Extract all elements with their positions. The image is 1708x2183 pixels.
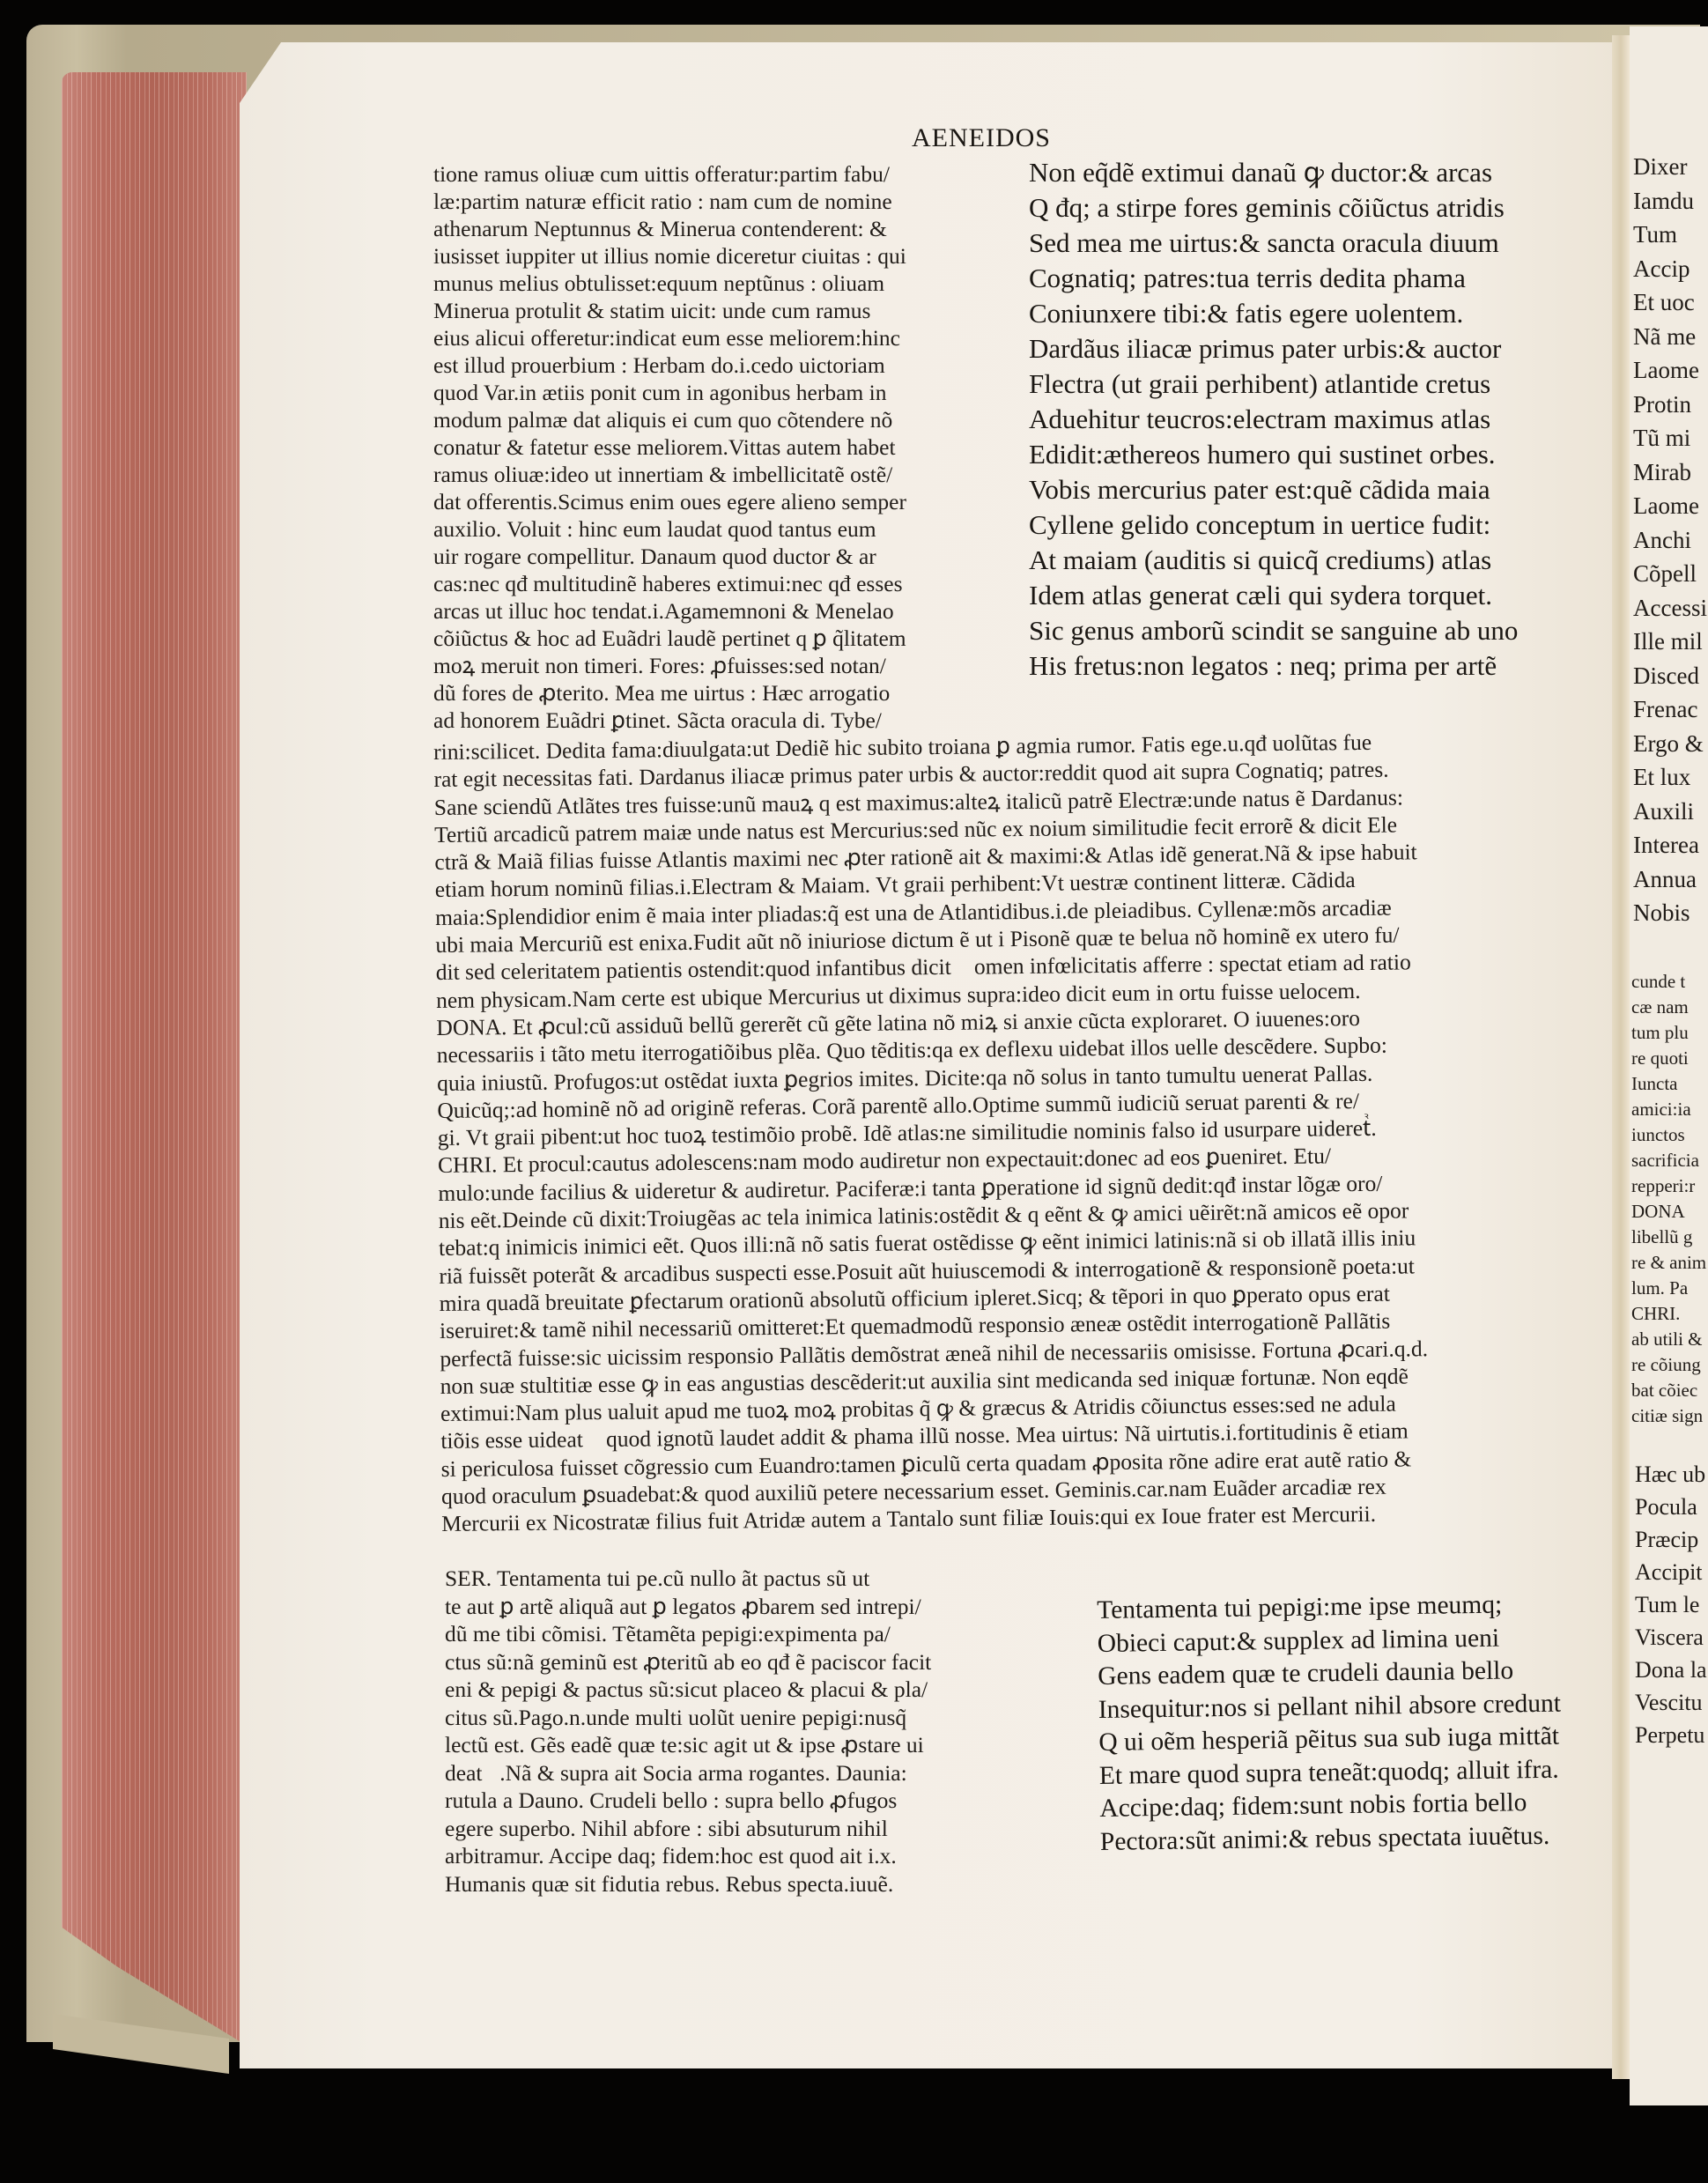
verse-line: Edidit:æthereos humero qui sustinet orbe… xyxy=(1029,437,1619,472)
fragment-line: bat cõiec xyxy=(1631,1378,1708,1403)
fragment-line: repperi:r xyxy=(1631,1173,1708,1199)
verse-line: Aduehitur teucros:electram maximus atlas xyxy=(1029,402,1619,437)
commentary-line: conatur & fatetur esse meliorem.Vittas a… xyxy=(433,433,1041,461)
commentary-line: quod Var.in ætiis ponit cum in agonibus … xyxy=(433,379,1041,406)
commentary-line: est illud prouerbium : Herbam do.i.cedo … xyxy=(433,351,1041,379)
commentary-line: arbitramur. Accipe daq; fidem:hoc est qu… xyxy=(445,1842,1044,1870)
verse-line: Idem atlas generat cæli qui sydera torqu… xyxy=(1029,578,1619,613)
fragment-line: Iamdu xyxy=(1633,184,1708,218)
commentary-line: auxilio. Voluit : hinc eum laudat quod t… xyxy=(433,515,1041,543)
verse-line: His fretus:non legatos : neq; prima per … xyxy=(1029,648,1619,684)
facing-page-verse-lower: Hæc ub Pocula Præcip Accipit Tum le Visc… xyxy=(1635,1458,1708,1751)
fragment-line: cæ nam xyxy=(1631,995,1708,1020)
fragment-line: Auxili xyxy=(1633,795,1708,829)
verse-line: Sic genus amborũ scindit se sanguine ab … xyxy=(1029,613,1619,648)
fragment-line: Tum xyxy=(1633,218,1708,252)
commentary-line: moꝝ meruit non timeri. Fores: ꝓfuisses:s… xyxy=(433,652,1041,679)
fragment-line: Protin xyxy=(1633,388,1708,422)
commentary-line: citus sũ.Pago.n.unde multi uolũt uenire … xyxy=(445,1704,1044,1732)
verse-line: Cyllene gelido conceptum in uertice fudi… xyxy=(1029,507,1619,543)
fragment-line: Laome xyxy=(1633,489,1708,523)
fragment-line: Præcip xyxy=(1635,1523,1708,1556)
fragment-line: Pocula xyxy=(1635,1491,1708,1523)
fragment-line: Anchi xyxy=(1633,523,1708,558)
fragment-line: Tum le xyxy=(1635,1588,1708,1621)
commentary-line: iusisset iuppiter ut illius nomie dicere… xyxy=(433,242,1041,270)
fragment-line: Disced xyxy=(1633,659,1708,693)
commentary-line: dũ fores de ꝓterito. Mea me uirtus : Hæc… xyxy=(433,679,1041,707)
fragment-line: Tũ mi xyxy=(1633,421,1708,455)
verse-line: Vobis mercurius pater est:quẽ cãdida mai… xyxy=(1029,472,1619,507)
commentary-line: uir rogare compellitur. Danaum quod duct… xyxy=(433,543,1041,570)
commentary-line: dũ me tibi cõmisi. Tẽtamẽta pepigi:expim… xyxy=(445,1620,1044,1648)
commentary-line: ramus oliuæ:ideo ut innertiam & imbellic… xyxy=(433,461,1041,488)
fragment-line: Viscera xyxy=(1635,1621,1708,1654)
running-head: AENEIDOS xyxy=(912,123,1051,153)
commentary-line: Minerua protulit & statim uicit: unde cu… xyxy=(433,297,1041,324)
fragment-line: re cõiung xyxy=(1631,1352,1708,1378)
commentary-line: ad honorem Euãdri ꝑtinet. Sãcta oracula … xyxy=(433,707,1041,734)
facing-page-commentary: cunde t cæ nam tum plu re quoti Iuncta a… xyxy=(1631,969,1708,1429)
fragment-line: Ille mil xyxy=(1633,625,1708,659)
verse-line: Dardãus iliacæ primus pater urbis:& auct… xyxy=(1029,331,1619,366)
fragment-line: Perpetu xyxy=(1635,1719,1708,1751)
fragment-line: DONA xyxy=(1631,1199,1708,1225)
verse-line: Non eq̃dẽ extimui danaũ ꝙ ductor:& arcas xyxy=(1029,155,1619,190)
commentary-line: modum palmæ dat aliquis ei cum quo cõten… xyxy=(433,406,1041,433)
fragment-line: Nobis xyxy=(1633,896,1708,930)
commentary-line: Humanis quæ sit fidutia rebus. Rebus spe… xyxy=(445,1870,1044,1898)
verse-top: Non eq̃dẽ extimui danaũ ꝙ ductor:& arcas… xyxy=(1029,155,1619,684)
fragment-line: Iuncta xyxy=(1631,1071,1708,1097)
commentary-line: tione ramus oliuæ cum uittis offeratur:p… xyxy=(433,160,1041,188)
fragment-line: Accipit xyxy=(1635,1556,1708,1588)
commentary-line: lectũ est. Gẽs eadẽ quæ te:sic agit ut &… xyxy=(445,1731,1044,1759)
fragment-line: Dixer xyxy=(1633,150,1708,184)
verse-line: Sed mea me uirtus:& sancta oracula diuum xyxy=(1029,226,1619,261)
fragment-line: sacrificia xyxy=(1631,1148,1708,1173)
fragment-line: Ergo & xyxy=(1633,727,1708,761)
fragment-line: Accessi xyxy=(1633,591,1708,625)
commentary-line: te aut ꝑ artẽ aliquã aut ꝑ legatos ꝓbare… xyxy=(445,1593,1044,1621)
fragment-line: lum. Pa xyxy=(1631,1276,1708,1301)
facing-page-verse: Dixer Iamdu Tum Accip Et uoc Nã me Laome… xyxy=(1633,150,1708,930)
verse-line: Flectra (ut graii perhibent) atlantide c… xyxy=(1029,366,1619,402)
fragment-line: Dona la xyxy=(1635,1654,1708,1686)
fragment-line: Laome xyxy=(1633,353,1708,388)
commentary-line: ctus sũ:nã geminũ est ꝓteritũ ab eo qđ ẽ… xyxy=(445,1648,1044,1676)
fragment-line: Mirab xyxy=(1633,455,1708,490)
fragment-line: Hæc ub xyxy=(1635,1458,1708,1491)
commentary-line: cas:nec qđ multitudinẽ haberes extimui:n… xyxy=(433,570,1041,597)
commentary-line: eni & pepigi & pactus sũ:sicut placeo & … xyxy=(445,1676,1044,1704)
fragment-line: iunctos xyxy=(1631,1122,1708,1148)
fragment-line: Annua xyxy=(1633,862,1708,897)
verse-line: Cognatiq; patres:tua terris dedita phama xyxy=(1029,261,1619,296)
commentary-line: egere superbo. Nihil abfore : sibi absut… xyxy=(445,1815,1044,1843)
commentary-line: rutula a Dauno. Crudeli bello : supra be… xyxy=(445,1787,1044,1815)
fragment-line: Accip xyxy=(1633,252,1708,286)
fragment-line: Nã me xyxy=(1633,320,1708,354)
verse-lower: Tentamenta tui pepigi:me ipse meumq; Obi… xyxy=(1097,1587,1629,1859)
commentary-line: eius alicui offeretur:indicat eum esse m… xyxy=(433,324,1041,351)
fragment-line: Cõpell xyxy=(1633,557,1708,591)
commentary-line: SER. Tentamenta tui pe.cũ nullo ãt pactu… xyxy=(445,1565,1044,1593)
commentary-line: athenarum Neptunnus & Minerua contendere… xyxy=(433,215,1041,242)
commentary-line: deatᷣ.Nã & supra ait Socia arma rogantes… xyxy=(445,1759,1044,1787)
fragment-line: CHRI. xyxy=(1631,1301,1708,1327)
fragment-line: ab utili & xyxy=(1631,1327,1708,1352)
commentary-top: tione ramus oliuæ cum uittis offeratur:p… xyxy=(433,160,1041,734)
verse-line: At maiam (auditis si quicq̃ crediums) at… xyxy=(1029,543,1619,578)
fragment-line: tum plu xyxy=(1631,1020,1708,1046)
fragment-line: amici:ia xyxy=(1631,1097,1708,1122)
fragment-line: libellũ g xyxy=(1631,1225,1708,1250)
fragment-line: Et uoc xyxy=(1633,285,1708,320)
fragment-line: re quoti xyxy=(1631,1046,1708,1071)
fragment-line: Frenac xyxy=(1633,692,1708,727)
fragment-line: Vescitu xyxy=(1635,1686,1708,1719)
commentary-line: cõiũctus & hoc ad Euãdri laudẽ pertinet … xyxy=(433,625,1041,652)
red-fore-edge xyxy=(62,72,247,2046)
fragment-line: cunde t xyxy=(1631,969,1708,995)
commentary-line: læ:partim naturæ efficit ratio : nam cum… xyxy=(433,188,1041,215)
verse-line: Coniunxere tibi:& fatis egere uolentem. xyxy=(1029,296,1619,331)
fragment-line: citiæ sign xyxy=(1631,1403,1708,1429)
verse-line: Q đq; a stirpe fores geminis cõiũctus at… xyxy=(1029,190,1619,226)
fragment-line: Et lux xyxy=(1633,760,1708,795)
commentary-lower: SER. Tentamenta tui pe.cũ nullo ãt pactu… xyxy=(445,1565,1044,1898)
commentary-line: munus melius obtulisset:equum neptũnus :… xyxy=(433,270,1041,297)
commentary-line: arcas ut illuc hoc tendat.i.Agamemnoni &… xyxy=(433,597,1041,625)
commentary-line: dat offerentis.Scimus enim oues egere al… xyxy=(433,488,1041,515)
fragment-line: re & anim xyxy=(1631,1250,1708,1276)
commentary-wide: rini:scilicet. Dedita fama:diuulgata:ut … xyxy=(433,726,1622,1538)
fragment-line: Interea xyxy=(1633,828,1708,862)
